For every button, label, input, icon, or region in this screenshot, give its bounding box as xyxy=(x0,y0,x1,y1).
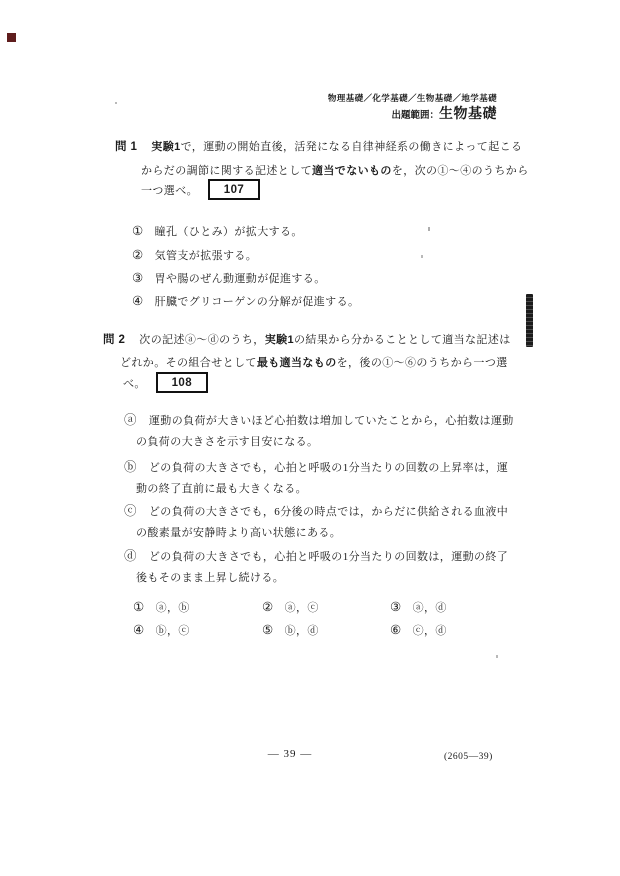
q2-statement-d-line1: ⓓどの負荷の大きさでも，心拍と呼吸の1分当たりの回数は，運動の終了 xyxy=(124,546,508,564)
q1-intro-line1: 問 1実験1で，運動の開始直後，活発になる自律神経系の働きによって起こる xyxy=(115,138,522,154)
circled-2-icon: ② xyxy=(262,600,274,614)
vertical-label-strip xyxy=(526,294,533,347)
q1-label: 問 1 xyxy=(115,141,137,153)
circled-4-icon: ④ xyxy=(132,294,144,308)
q1-experiment-ref: 実験1 xyxy=(151,141,180,153)
scan-speck xyxy=(421,255,423,258)
q2-label: 問 2 xyxy=(103,334,125,346)
q2-statement-b-line2: 動の終了直前に最も大きくなる。 xyxy=(136,480,307,496)
circled-4-icon: ④ xyxy=(133,623,145,637)
q2-emphasis: 最も適当なもの xyxy=(257,357,337,369)
answer-choice-3: ③ⓐ，ⓓ xyxy=(390,599,447,615)
q2-statement-d-line2: 後もそのまま上昇し続ける。 xyxy=(136,569,284,585)
circled-6-icon: ⑥ xyxy=(390,623,402,637)
q1-option-4: ④肝臓でグリコーゲンの分解が促進する。 xyxy=(132,293,359,309)
q2-statement-a-line2: の負荷の大きさを示す目安になる。 xyxy=(136,433,318,449)
q2-answer-number-box: 108 xyxy=(156,372,208,393)
q2-experiment-ref: 実験1 xyxy=(265,334,294,346)
q1-emphasis: 適当でないもの xyxy=(312,165,392,177)
q2-intro-line2: どれか。その組合せとして最も適当なものを，後の①～⑥のうちから一つ選 xyxy=(120,354,508,370)
answer-choice-2: ②ⓐ，ⓒ xyxy=(262,599,319,615)
document-code: (2605—39) xyxy=(444,752,493,762)
q1-option-3: ③胃や腸のぜん動運動が促進する。 xyxy=(132,270,326,286)
q1-option-1: ①瞳孔（ひとみ）が拡大する。 xyxy=(132,223,303,239)
page-number: — 39 — xyxy=(250,748,330,760)
circled-1-icon: ① xyxy=(133,600,145,614)
corner-registration-mark xyxy=(7,33,16,42)
answer-choice-5: ⑤ⓑ，ⓓ xyxy=(262,622,319,638)
circled-3-icon: ③ xyxy=(132,271,144,285)
q2-statement-c-line1: ⓒどの負荷の大きさでも，6分後の時点では，からだに供給される血液中 xyxy=(124,501,508,519)
q2-intro-line1: 問 2次の記述ⓐ～ⓓのうち，実験1の結果から分かることとして適当な記述は xyxy=(103,331,511,347)
scope-label: 出題範囲： xyxy=(391,110,439,121)
circled-a-icon: ⓐ xyxy=(124,413,137,427)
q1-answer-number-box: 107 xyxy=(208,179,260,200)
circled-d-icon: ⓓ xyxy=(124,549,137,563)
circled-c-icon: ⓒ xyxy=(124,504,137,518)
q1-intro-line3: 一つ選べ。 107 xyxy=(141,179,260,200)
exam-page: 物理基礎／化学基礎／生物基礎／地学基礎 出題範囲：生物基礎 問 1実験1で，運動… xyxy=(0,0,620,876)
answer-choice-4: ④ⓑ，ⓒ xyxy=(133,622,190,638)
circled-2-icon: ② xyxy=(132,248,144,262)
circled-3-icon: ③ xyxy=(390,600,402,614)
header-scope-line: 出題範囲：生物基礎 xyxy=(391,103,497,123)
scope-subject: 生物基礎 xyxy=(439,105,497,121)
scan-speck xyxy=(115,102,117,104)
q2-statement-b-line1: ⓑどの負荷の大きさでも，心拍と呼吸の1分当たりの回数の上昇率は，運 xyxy=(124,457,508,475)
circled-5-icon: ⑤ xyxy=(262,623,274,637)
q2-statement-c-line2: の酸素量が安静時より高い状態にある。 xyxy=(136,524,341,540)
q1-option-2: ②気管支が拡張する。 xyxy=(132,247,257,263)
answer-choice-6: ⑥ⓒ，ⓓ xyxy=(390,622,447,638)
q1-intro-line2: からだの調節に関する記述として適当でないものを，次の①～④のうちから xyxy=(141,162,529,178)
scan-speck xyxy=(496,655,498,658)
circled-b-icon: ⓑ xyxy=(124,460,137,474)
q2-intro-line3: べ。 108 xyxy=(123,372,208,393)
q2-statement-a-line1: ⓐ運動の負荷が大きいほど心拍数は増加していたことから，心拍数は運動 xyxy=(124,410,514,428)
scan-speck xyxy=(428,227,430,231)
answer-choice-1: ①ⓐ，ⓑ xyxy=(133,599,190,615)
circled-1-icon: ① xyxy=(132,224,144,238)
